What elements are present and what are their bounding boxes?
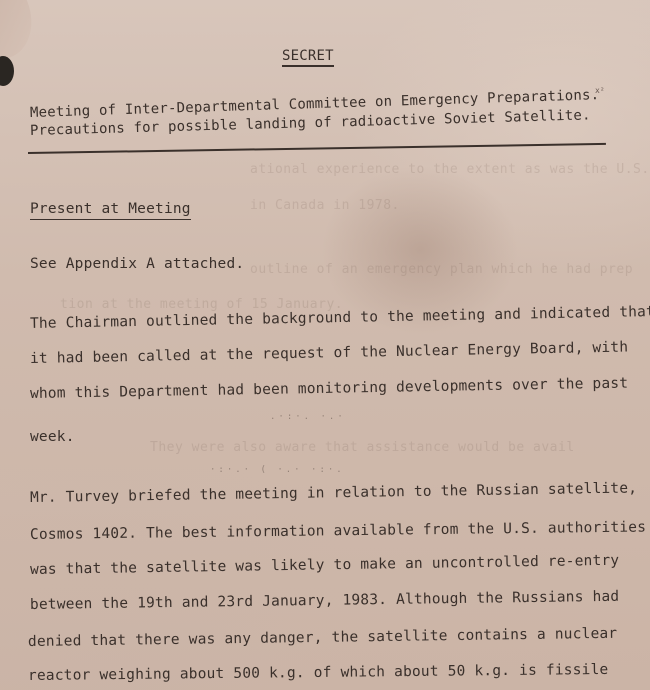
paragraph-background-line: whom this Department had been monitoring… <box>30 376 628 402</box>
paragraph-briefing-line: Cosmos 1402. The best information availa… <box>30 519 646 543</box>
paragraph-attendees: See Appendix A attached. <box>30 256 244 272</box>
section-heading: Present at Meeting <box>30 201 191 220</box>
ink-specks: .·:·. ·.· <box>270 412 346 422</box>
bleed-through-text: tion at the meeting of 15 January. <box>60 297 343 312</box>
paragraph-background-line: it had been called at the request of the… <box>30 340 628 367</box>
bleed-through-text: in Canada in 1978. <box>250 198 400 213</box>
bleed-through-text: They were also aware that assistance wou… <box>150 440 575 455</box>
paragraph-briefing-line: denied that there was any danger, the sa… <box>28 626 618 650</box>
paragraph-briefing-line: Mr. Turvey briefed the meeting in relati… <box>30 480 637 506</box>
title-underline <box>28 143 606 154</box>
classification-label: SECRET <box>282 48 334 67</box>
bleed-through-text: outline of an emergency plan which he ha… <box>250 262 633 277</box>
bleed-through-text: ational experience to the extent as was … <box>250 162 650 177</box>
paragraph-background-line: week. <box>30 429 75 445</box>
paragraph-briefing-line: was that the satellite was likely to mak… <box>30 553 620 578</box>
paragraph-briefing-line: reactor weighing about 500 k.g. of which… <box>28 662 609 684</box>
binder-hole <box>0 56 14 86</box>
paragraph-briefing-line: between the 19th and 23rd January, 1983.… <box>30 589 620 613</box>
paper-page: ational experience to the extent as was … <box>0 0 650 690</box>
ink-specks: ·:·.· ( ·.· ·:·. <box>210 465 345 475</box>
